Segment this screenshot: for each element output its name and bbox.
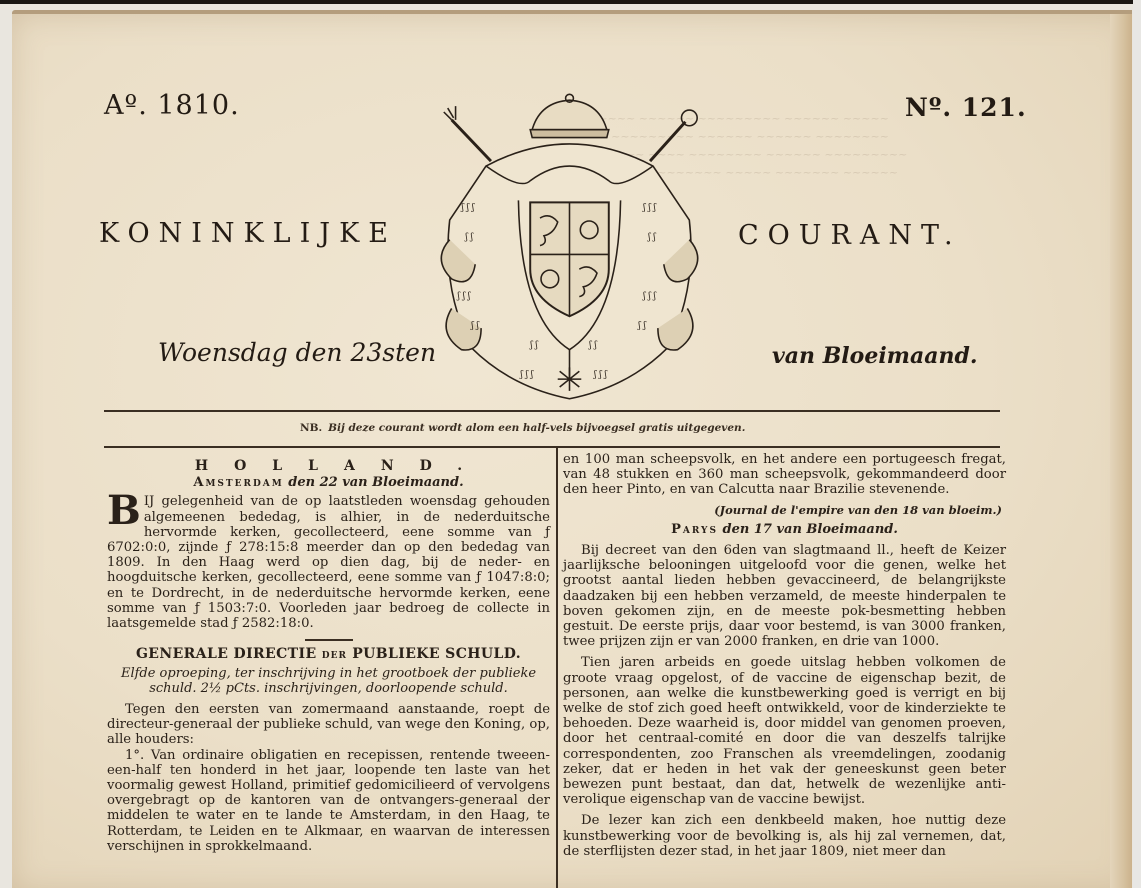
royal-coat-of-arms-icon: ʃ ʃ ʃʃ ʃ ʃ ʃ ʃʃ ʃ ʃ ʃ ʃʃ ʃ ʃ ʃ ʃʃ ʃ ʃ ʃʃ… [432,92,707,407]
issue-year: Aº. 1810. [104,90,240,121]
article-oproeping-intro: Tegen den eersten van zomermaand aanstaa… [107,702,550,748]
svg-text:ʃ ʃ ʃ: ʃ ʃ ʃ [642,292,656,302]
dateline-place: Parys [671,522,718,537]
dateline-amsterdam: Amsterdam den 22 van Bloeimaand. [107,475,550,490]
section-title-publieke-schuld: GENERALE DIRECTIE DER PUBLIEKE SCHULD. [107,647,550,664]
notice-text: Bij deze courant wordt alom een half-vel… [328,422,745,434]
source-attribution: (Journal de l'empire van den 18 van bloe… [563,503,1006,518]
drop-cap: B [107,496,141,526]
article-continued: en 100 man scheepsvolk, en het andere ee… [563,452,1006,498]
svg-text:ʃ ʃ: ʃ ʃ [637,321,646,331]
section-title-part-b: PUBLIEKE SCHULD. [352,646,521,662]
svg-text:ʃ ʃ ʃ: ʃ ʃ ʃ [642,203,656,213]
scan-border-top [0,0,1141,4]
svg-text:ʃ ʃ: ʃ ʃ [529,341,538,351]
supplement-notice: NB.Bij deze courant wordt alom een half-… [300,422,860,434]
issue-number: Nº. 121. [905,93,1027,122]
svg-text:ʃ ʃ ʃ: ʃ ʃ ʃ [519,370,533,380]
section-subtitle: Elfde oproeping, ter inschrijving in het… [107,666,550,696]
section-separator [305,639,353,641]
svg-text:ʃ ʃ: ʃ ʃ [470,321,479,331]
article-vaccine-reader: De lezer kan zich een denkbeeld maken, h… [563,813,1006,859]
dateline-date: den 17 van Bloeimaand. [723,522,898,537]
masthead-title-left: KONINKLIJKE [99,218,397,249]
dateline-date: den 22 van Bloeimaand. [288,475,463,490]
section-title-der: DER [322,651,347,661]
svg-text:ʃ ʃ ʃ: ʃ ʃ ʃ [457,292,471,302]
issue-date-month: van Bloeimaand. [772,343,978,369]
dateline-parys: Parys den 17 van Bloeimaand. [563,522,1006,537]
svg-text:ʃ ʃ: ʃ ʃ [588,341,597,351]
header-rule-bottom [104,446,1000,448]
notice-prefix: NB. [300,422,322,434]
svg-text:ʃ ʃ: ʃ ʃ [464,233,473,243]
dateline-place: Amsterdam [193,475,283,490]
page-torn-edge [1110,14,1132,888]
svg-text:ʃ ʃ ʃ: ʃ ʃ ʃ [593,370,607,380]
issue-date-weekday: Woensdag den 23sten [158,338,436,367]
scan-border-right [1133,0,1141,888]
header-rule-top [104,410,1000,412]
article-bededag-text: IJ gelegenheid van de op laatstleden woe… [107,494,550,631]
column-divider [556,448,558,888]
svg-text:ʃ ʃ ʃ: ʃ ʃ ʃ [460,203,474,213]
masthead-title-right: COURANT. [738,220,962,251]
svg-text:ʃ ʃ: ʃ ʃ [647,233,656,243]
section-title-part-a: GENERALE DIRECTIE [136,646,317,662]
article-vaccine-results: Tien jaren arbeids en goede uitslag hebb… [563,655,1006,807]
article-oproeping-item-1: 1°. Van ordinaire obligatien en recepiss… [107,748,550,854]
section-title-holland: HOLLAND. [107,459,550,474]
right-column: en 100 man scheepsvolk, en het andere ee… [563,452,1006,859]
article-vaccine-decree: Bij decreet van den 6den van slagtmaand … [563,543,1006,649]
left-column: HOLLAND. Amsterdam den 22 van Bloeimaand… [107,459,550,854]
article-bededag: BIJ gelegenheid van de op laatstleden wo… [107,494,550,631]
